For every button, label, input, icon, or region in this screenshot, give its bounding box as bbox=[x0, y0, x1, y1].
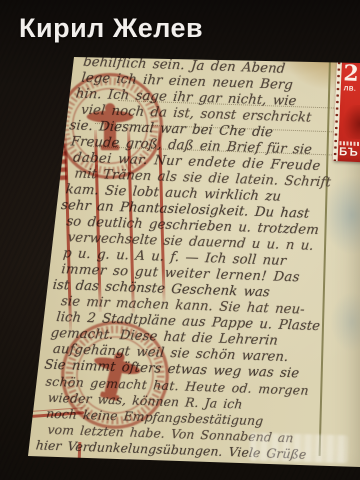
stamp-denomination: 2 bbox=[343, 60, 359, 87]
stamp-ornament bbox=[339, 141, 359, 146]
censor-stamp-eagle-icon bbox=[54, 70, 166, 182]
red-tick-mark bbox=[78, 442, 81, 460]
watermark-overlay bbox=[250, 433, 349, 464]
stamp-country-text: БЪ bbox=[339, 146, 359, 159]
stamp-currency-label: ЛВ. bbox=[344, 85, 357, 93]
seller-name: Кирил Желев bbox=[19, 13, 203, 44]
postcard: behilflich sein. Ja den Abendlege ich ih… bbox=[0, 0, 360, 480]
stamp-design-figure bbox=[342, 104, 360, 139]
photo-background: behilflich sein. Ja den Abendlege ich ih… bbox=[0, 0, 360, 480]
postage-stamp: 2 ЛВ. БЪ bbox=[333, 60, 360, 163]
